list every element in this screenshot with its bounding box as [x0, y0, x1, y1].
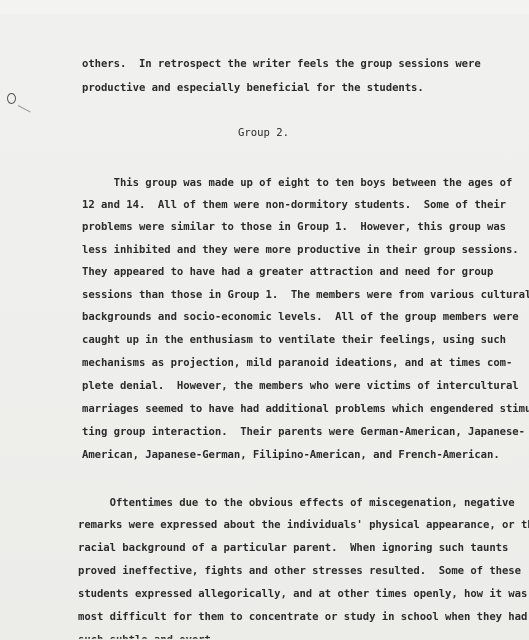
text-line: caught up in the enthusiasm to ventilate… [82, 334, 506, 346]
text-line: plete denial. However, the members who w… [82, 380, 519, 392]
text-line: less inhibited and they were more produc… [82, 244, 519, 256]
text-line: 12 and 14. All of them were non-dormitor… [82, 199, 506, 211]
text-line: remarks were expressed about the individ… [78, 519, 529, 531]
text-line: backgrounds and socio-economic levels. A… [82, 311, 519, 323]
text-line: others. In retrospect the writer feels t… [82, 58, 481, 70]
page-top-edge [0, 0, 529, 14]
section-heading: Group 2. [238, 127, 289, 139]
text-line: marriages seemed to have had additional … [82, 403, 529, 415]
text-line-cut-off: such subtle and overt [78, 634, 211, 640]
text-line: productive and especially beneficial for… [82, 82, 424, 94]
text-line: racial background of a particular parent… [78, 542, 508, 554]
text-line: This group was made up of eight to ten b… [82, 177, 512, 189]
margin-pencil-mark [18, 105, 31, 112]
scanned-page: others. In retrospect the writer feels t… [0, 0, 529, 640]
text-line: mechanisms as projection, mild paranoid … [82, 357, 512, 369]
text-line: problems were similar to those in Group … [82, 221, 506, 233]
text-line: ting group interaction. Their parents we… [82, 426, 525, 438]
text-line: most difficult for them to concentrate o… [78, 611, 527, 623]
text-line: sessions than those in Group 1. The memb… [82, 289, 529, 301]
text-line: They appeared to have had a greater attr… [82, 266, 493, 278]
text-line: Oftentimes due to the obvious effects of… [78, 497, 515, 509]
margin-circle-mark [7, 93, 16, 104]
text-line: American, Japanese-German, Filipino-Amer… [82, 449, 500, 461]
text-line: students expressed allegorically, and at… [78, 588, 527, 600]
text-line: proved ineffective, fights and other str… [78, 565, 521, 577]
